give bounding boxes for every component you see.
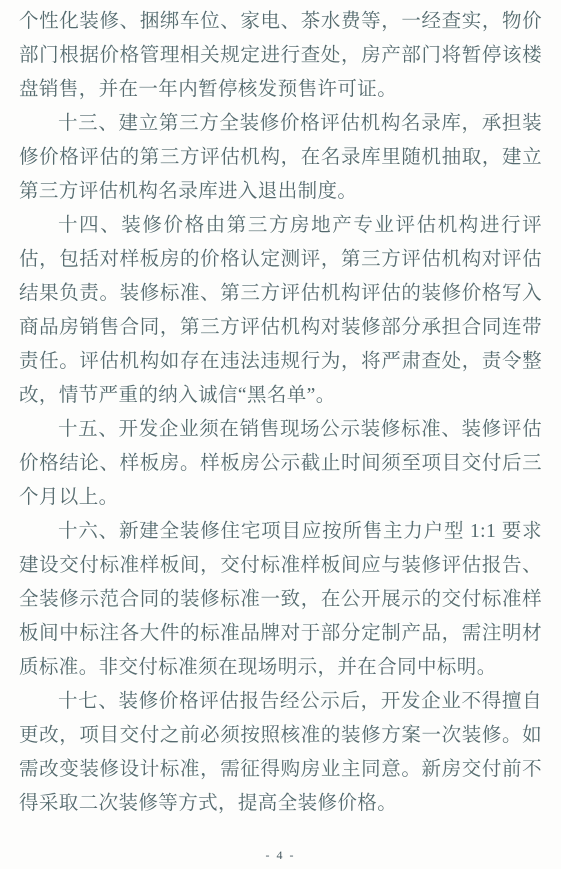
page-number: - 4 - [0, 848, 561, 863]
paragraph-clause-14: 十四、装修价格由第三方房地产专业评估机构进行评估，包括对样板房的价格认定测评，第… [19, 209, 542, 413]
paragraph-continuation: 个性化装修、捆绑车位、家电、茶水费等，一经查实，物价部门根据价格管理相关规定进行… [19, 5, 542, 107]
document-page: 个性化装修、捆绑车位、家电、茶水费等，一经查实，物价部门根据价格管理相关规定进行… [0, 0, 561, 869]
paragraph-clause-15: 十五、开发企业须在销售现场公示装修标准、装修评估价格结论、样板房。样板房公示截止… [19, 413, 542, 515]
paragraph-clause-17: 十七、装修价格评估报告经公示后，开发企业不得擅自更改，项目交付之前必须按照核准的… [19, 685, 542, 821]
document-body: 个性化装修、捆绑车位、家电、茶水费等，一经查实，物价部门根据价格管理相关规定进行… [0, 0, 561, 821]
paragraph-clause-13: 十三、建立第三方全装修价格评估机构名录库，承担装修价格评估的第三方评估机构，在名… [19, 107, 542, 209]
paragraph-clause-16: 十六、新建全装修住宅项目应按所售主力户型 1:1 要求建设交付标准样板间，交付标… [19, 515, 542, 685]
